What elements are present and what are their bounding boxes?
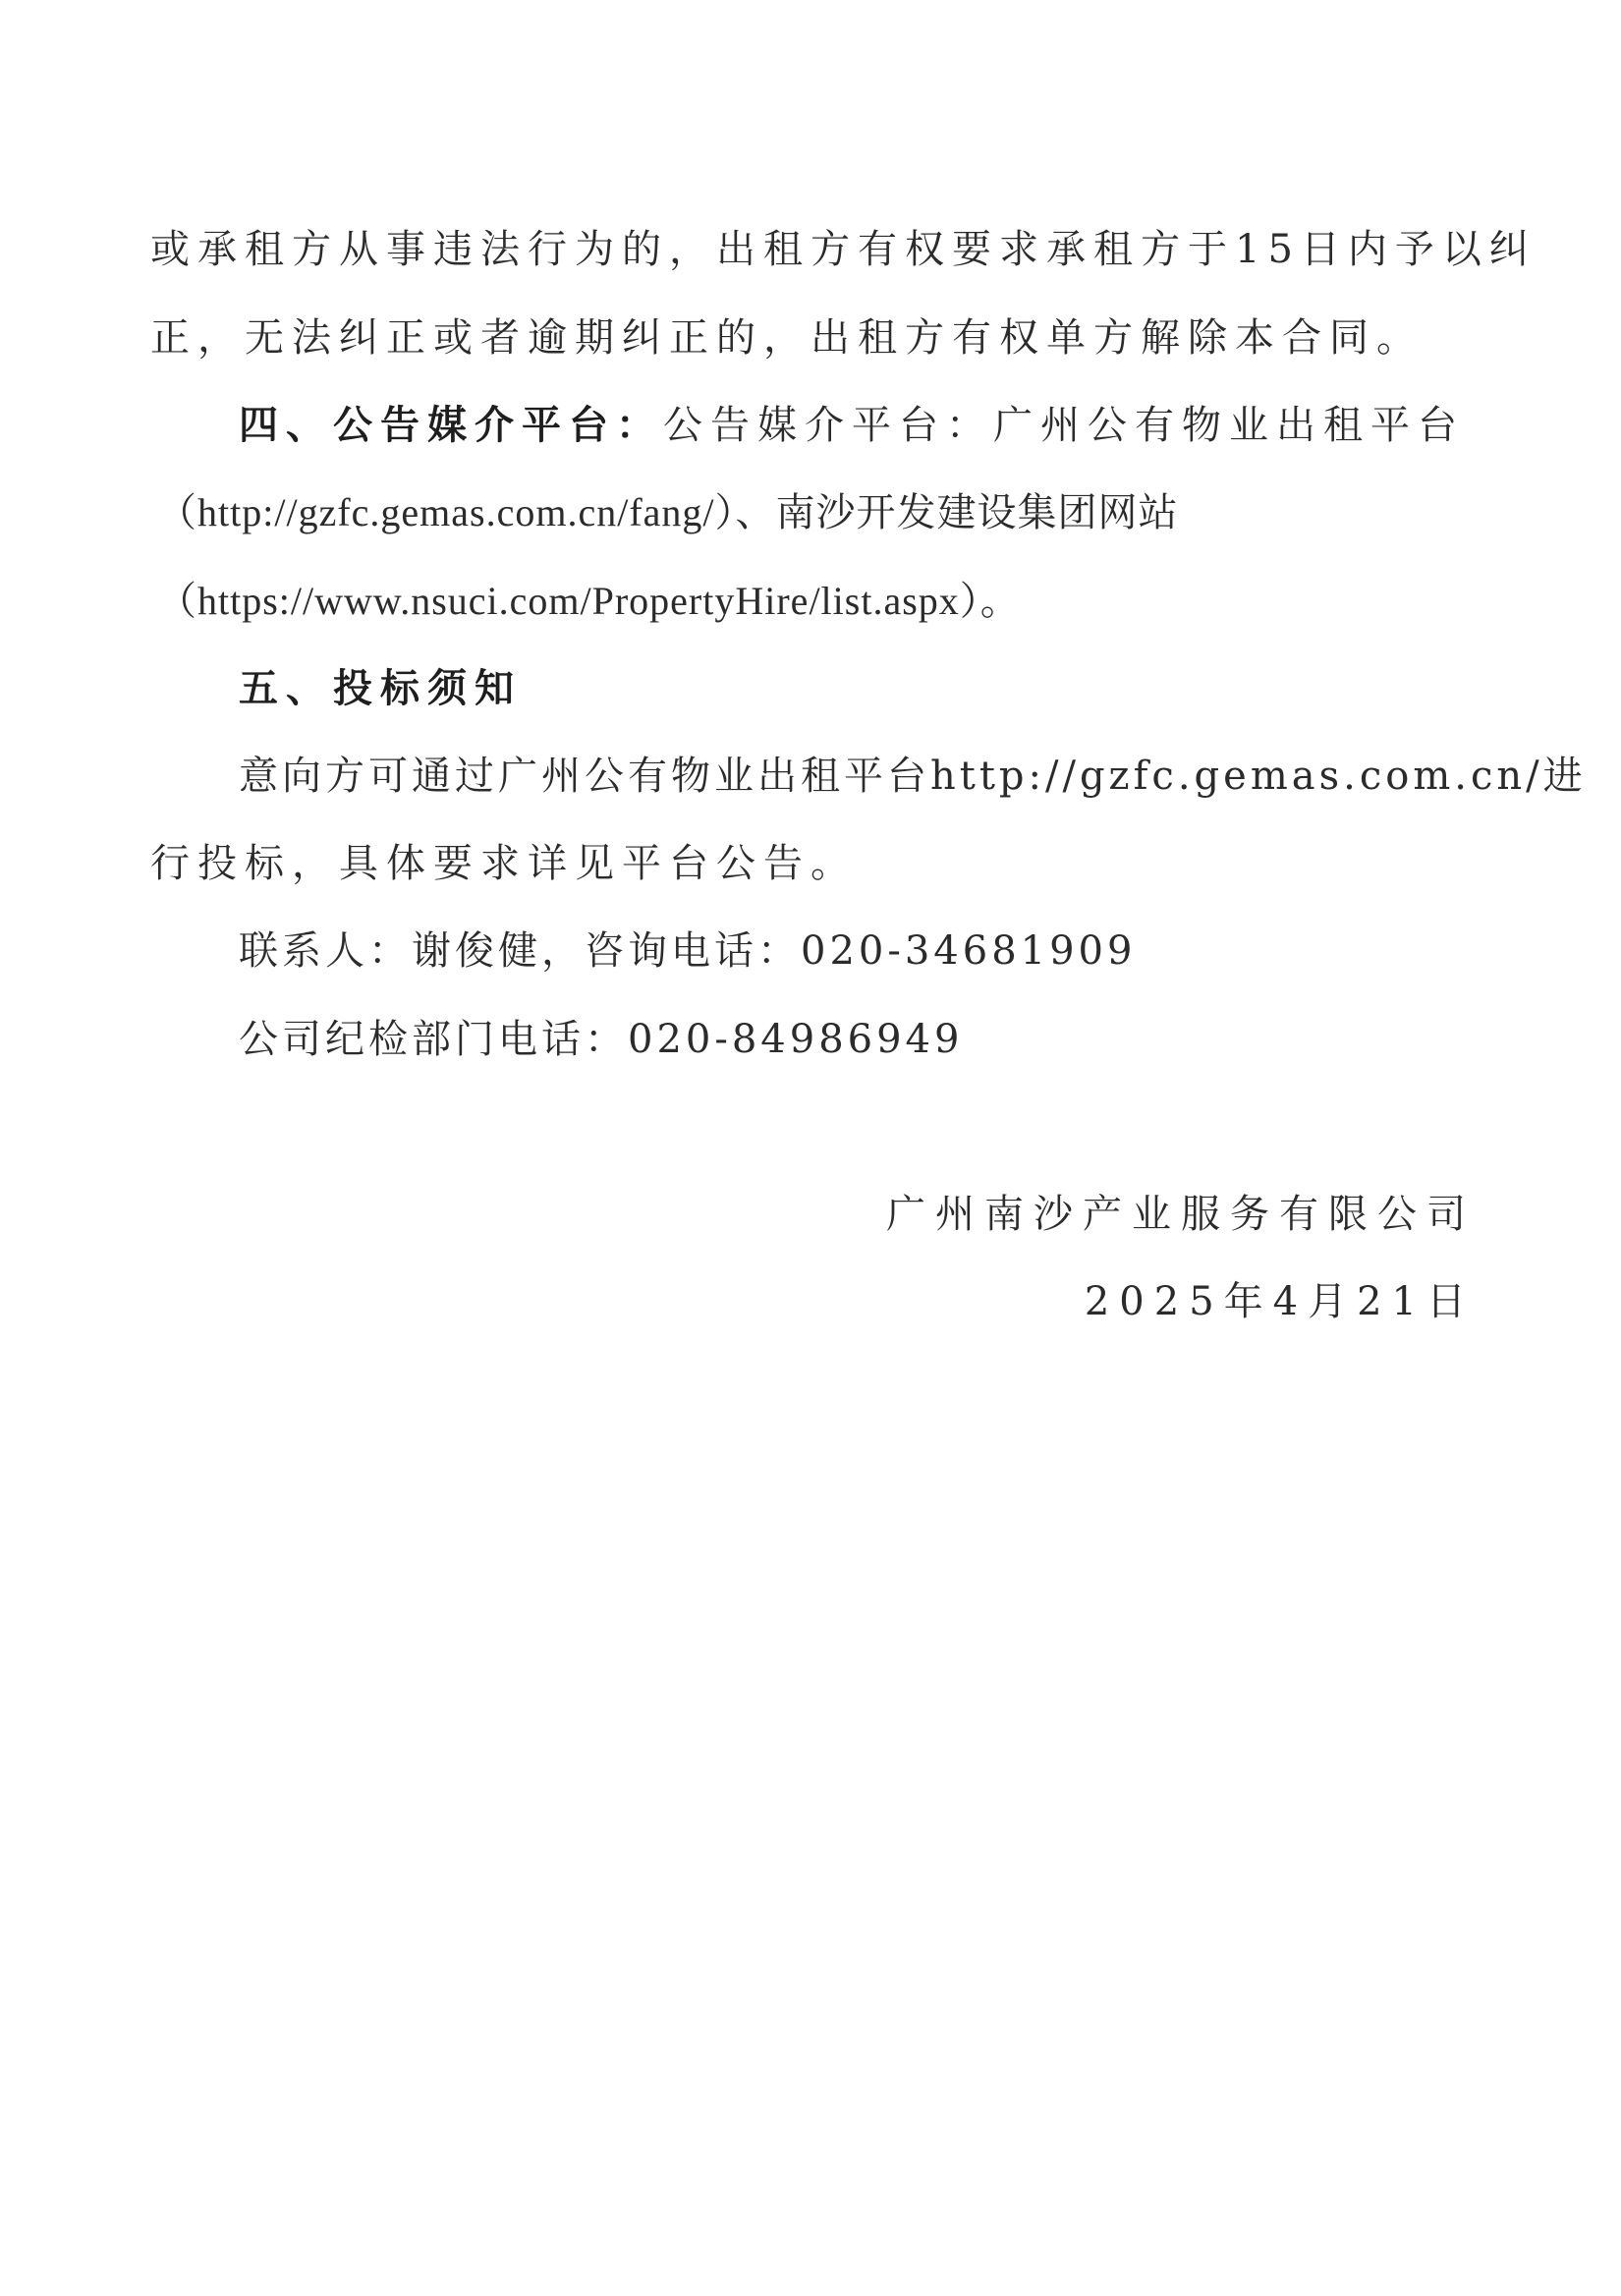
signature-company: 广州南沙产业服务有限公司: [886, 1187, 1476, 1242]
paragraph-continuation-line-2: 正，无法纠正或者逾期纠正的，出租方有权单方解除本合同。: [150, 310, 1424, 365]
section-4-text-line-2: （http://gzfc.gemas.com.cn/fang/）、南沙开发建设集…: [157, 485, 1179, 540]
section-5-heading: 五、投标须知: [239, 661, 522, 716]
paragraph-continuation-line-1: 或承租方从事违法行为的，出租方有权要求承租方于15日内予以纠: [150, 222, 1537, 277]
section-4-line-1: 四、公告媒介平台：公告媒介平台：广州公有物业出租平台: [239, 398, 1465, 453]
signature-date: 2025年4月21日: [1085, 1274, 1476, 1329]
section-4-text-line-3: （https://www.nsuci.com/PropertyHire/list…: [157, 574, 1021, 629]
discipline-phone-line: 公司纪检部门电话：020-84986949: [239, 1012, 963, 1067]
contact-line: 联系人：谢俊健，咨询电话：020-34681909: [239, 924, 1136, 979]
section-5-body-line-1: 意向方可通过广州公有物业出租平台http://gzfc.gemas.com.cn…: [239, 749, 1587, 804]
document-page: 或承租方从事违法行为的，出租方有权要求承租方于15日内予以纠 正，无法纠正或者逾…: [0, 0, 1621, 2296]
section-4-text-line-1: 公告媒介平台：广州公有物业出租平台: [663, 403, 1465, 448]
section-4-heading: 四、公告媒介平台：: [239, 402, 663, 448]
section-5-body-line-2: 行投标，具体要求详见平台公告。: [150, 836, 858, 891]
